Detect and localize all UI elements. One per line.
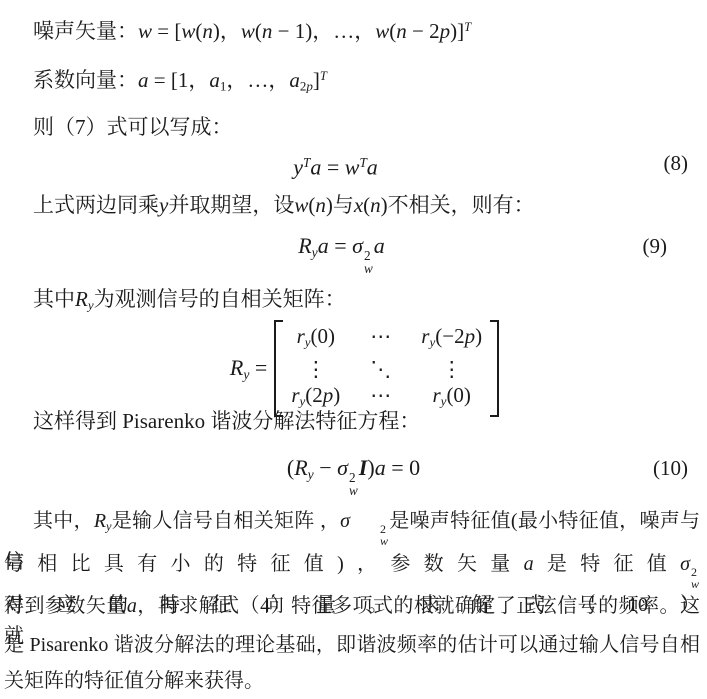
coefficient-vector-label: 系数向量： bbox=[33, 68, 138, 92]
formula-segment: − bbox=[314, 455, 337, 480]
formula-segment: 并取期望，设 bbox=[168, 193, 294, 217]
matrix-cell: ⋱ bbox=[370, 356, 391, 382]
formula-segment: n bbox=[315, 193, 326, 217]
formula-segment: 是输人信号自相关矩阵 ， bbox=[112, 510, 341, 532]
formula-segment: w bbox=[294, 193, 308, 217]
formula-segment: p bbox=[465, 324, 476, 348]
equation-9: Rya = σ2wa (9) bbox=[0, 229, 707, 275]
formula-segment: 号相比具有小的特征值)，参数矢量 bbox=[4, 553, 524, 575]
formula-segment: 上式两边同乘 bbox=[33, 193, 159, 217]
formula-segment: 其中 bbox=[33, 287, 75, 311]
formula-segment: σ bbox=[337, 455, 348, 480]
formula-segment: (2 bbox=[305, 383, 323, 407]
formula-segment: x bbox=[354, 193, 363, 217]
equation-9-formula: Rya = σ2wa bbox=[298, 229, 385, 275]
formula-segment: σ bbox=[352, 233, 363, 258]
equation-8: yTa = wTa (8) bbox=[0, 146, 707, 184]
formula-segment: R bbox=[94, 510, 106, 532]
pisarenko-intro-line: 这样得到 Pisarenko 谐波分解法特征方程： bbox=[4, 406, 700, 436]
formula-segment: …， bbox=[333, 19, 375, 43]
formula-segment: ] bbox=[313, 68, 320, 92]
formula-segment: R bbox=[298, 233, 311, 258]
formula-segment: a bbox=[138, 68, 149, 92]
formula-segment: = bbox=[329, 233, 352, 258]
formula-segment: a bbox=[127, 595, 137, 617]
formula-segment: )不相关，则有： bbox=[381, 193, 535, 217]
formula-segment: w bbox=[138, 19, 152, 43]
expectation-line: 上式两边同乘y并取期望，设w(n)与x(n)不相关，则有： bbox=[4, 190, 700, 220]
formula-segment: R bbox=[75, 287, 88, 311]
formula-segment: − 2 bbox=[407, 19, 440, 43]
paragraph-line-5: 关矩阵的特征值分解来获得。 bbox=[4, 666, 700, 696]
formula-segment: 其中， bbox=[33, 510, 94, 532]
noise-vector-line: 噪声矢量：w = [w(n)，w(n − 1)，…，w(n − 2p)]T bbox=[4, 12, 700, 46]
noise-vector-formula: w = [w(n)，w(n − 1)，…，w(n − 2p)]T bbox=[138, 19, 471, 43]
formula-segment: 为观测信号的自相关矩阵： bbox=[94, 287, 346, 311]
formula-segment: r bbox=[432, 383, 440, 407]
matrix-equation-inner: Ry = ry(0) ⋯ ry(−2p) ⋮ ⋱ ⋮ ry(2p) ⋯ ry(0… bbox=[230, 320, 499, 417]
formula-segment: R bbox=[294, 455, 307, 480]
formula-segment: σ bbox=[340, 510, 350, 532]
formula-segment: ，…， bbox=[226, 68, 289, 92]
formula-segment: 2w bbox=[364, 249, 373, 275]
formula-segment: a bbox=[524, 553, 534, 575]
formula-segment: w bbox=[375, 19, 389, 43]
formula-segment: a bbox=[375, 455, 386, 480]
formula-segment: (0) bbox=[311, 324, 336, 348]
matrix-right-bracket bbox=[490, 320, 499, 417]
formula-segment: a bbox=[367, 154, 378, 179]
formula-segment: a bbox=[209, 68, 220, 92]
formula-segment: = bbox=[249, 355, 267, 380]
formula-segment: = [1， bbox=[149, 68, 210, 92]
autocorrelation-matrix-equation: Ry = ry(0) ⋯ ry(−2p) ⋮ ⋱ ⋮ ry(2p) ⋯ ry(0… bbox=[0, 320, 707, 417]
formula-segment: T bbox=[320, 69, 327, 83]
formula-segment: n bbox=[262, 19, 273, 43]
formula-segment: ⋮ bbox=[441, 357, 462, 381]
formula-segment: 得到参数矢量 bbox=[4, 595, 127, 617]
superscript: 2 bbox=[349, 471, 356, 484]
equation-9-number: (9) bbox=[643, 229, 668, 263]
formula-segment: ⋮ bbox=[305, 357, 326, 381]
matrix-cell: ry(0) bbox=[291, 323, 340, 356]
formula-segment: 2w bbox=[351, 523, 388, 547]
formula-segment: a bbox=[374, 233, 385, 258]
subscript: w bbox=[691, 578, 699, 590]
formula-segment: a bbox=[318, 233, 329, 258]
formula-segment: a bbox=[289, 68, 300, 92]
subscript: w bbox=[349, 484, 358, 497]
paragraph-line-4: 是 Pisarenko 谐波分解法的理论基础，即谐波频率的估计可以通过输人信号自… bbox=[4, 630, 700, 660]
noise-vector-label: 噪声矢量： bbox=[33, 19, 138, 43]
matrix-cell: ry(−2p) bbox=[421, 323, 482, 356]
formula-segment: ⋱ bbox=[370, 357, 391, 381]
formula-segment: w bbox=[241, 19, 255, 43]
formula-segment: (−2 bbox=[435, 324, 464, 348]
formula-segment: T bbox=[464, 20, 471, 34]
formula-segment: 关矩阵的特征值分解来获得。 bbox=[4, 670, 264, 692]
formula-segment: )] bbox=[450, 19, 464, 43]
formula-segment: 2w bbox=[691, 566, 699, 590]
formula-segment: 是 Pisarenko 谐波分解法的理论基础，即谐波频率的估计可以通过输人信号自… bbox=[4, 634, 700, 656]
coefficient-vector-formula: a = [1，a1，…，a2p]T bbox=[138, 68, 327, 92]
formula-segment: ⋯ bbox=[370, 383, 391, 407]
formula-segment: w bbox=[345, 154, 360, 179]
equation-10-number: (10) bbox=[653, 451, 688, 485]
document-page: 噪声矢量：w = [w(n)，w(n − 1)，…，w(n − 2p)]T 系数… bbox=[0, 0, 707, 699]
formula-segment: (0) bbox=[446, 383, 471, 407]
formula-segment: n bbox=[202, 19, 213, 43]
formula-segment: p bbox=[440, 19, 451, 43]
formula-segment: r bbox=[291, 383, 299, 407]
formula-segment: y bbox=[159, 193, 168, 217]
formula-segment: = bbox=[321, 154, 344, 179]
equation-10: (Ry − σ2wI)a = 0 (10) bbox=[0, 451, 707, 497]
formula-segment: 是特征值 bbox=[534, 553, 681, 575]
formula-segment: 2w bbox=[349, 471, 358, 497]
coefficient-vector-line: 系数向量：a = [1，a1，…，a2p]T bbox=[4, 61, 700, 102]
formula-segment: ⋯ bbox=[370, 324, 391, 348]
formula-segment: − 1)， bbox=[272, 19, 333, 43]
subscript: w bbox=[351, 535, 388, 547]
formula-segment: = [ bbox=[152, 19, 181, 43]
superscript: 2 bbox=[364, 249, 371, 262]
then-eq7-line: 则（7）式可以写成： bbox=[4, 112, 700, 142]
formula-segment: )与 bbox=[326, 193, 354, 217]
subscript: w bbox=[364, 262, 373, 275]
formula-segment: T bbox=[359, 155, 366, 170]
formula-segment: ) bbox=[333, 383, 340, 407]
formula-segment: ) bbox=[475, 324, 482, 348]
formula-segment: y bbox=[293, 154, 303, 179]
formula-segment: a bbox=[310, 154, 321, 179]
formula-segment: w bbox=[181, 19, 195, 43]
formula-segment: ) bbox=[367, 455, 374, 480]
equation-8-number: (8) bbox=[664, 146, 689, 180]
matrix-left-bracket bbox=[274, 320, 283, 417]
equation-8-formula: yTa = wTa bbox=[293, 146, 378, 184]
formula-segment: r bbox=[297, 324, 305, 348]
formula-segment: p bbox=[323, 383, 334, 407]
matrix-cell: ⋮ bbox=[291, 356, 340, 382]
formula-segment: ( bbox=[255, 19, 262, 43]
equation-10-formula: (Ry − σ2wI)a = 0 bbox=[287, 451, 420, 497]
matrix-cell: ⋯ bbox=[370, 323, 391, 356]
autocorrelation-intro-line: 其中Ry为观测信号的自相关矩阵： bbox=[4, 284, 700, 321]
matrix-grid: ry(0) ⋯ ry(−2p) ⋮ ⋱ ⋮ ry(2p) ⋯ ry(0) bbox=[283, 320, 490, 417]
formula-segment: n bbox=[370, 193, 381, 217]
matrix-cell: ⋮ bbox=[421, 356, 482, 382]
matrix-lhs: Ry = bbox=[230, 355, 267, 383]
formula-segment: n bbox=[396, 19, 407, 43]
formula-segment: σ bbox=[680, 553, 690, 575]
formula-segment: )， bbox=[213, 19, 241, 43]
formula-segment: = 0 bbox=[386, 455, 420, 480]
formula-segment: R bbox=[230, 355, 243, 380]
